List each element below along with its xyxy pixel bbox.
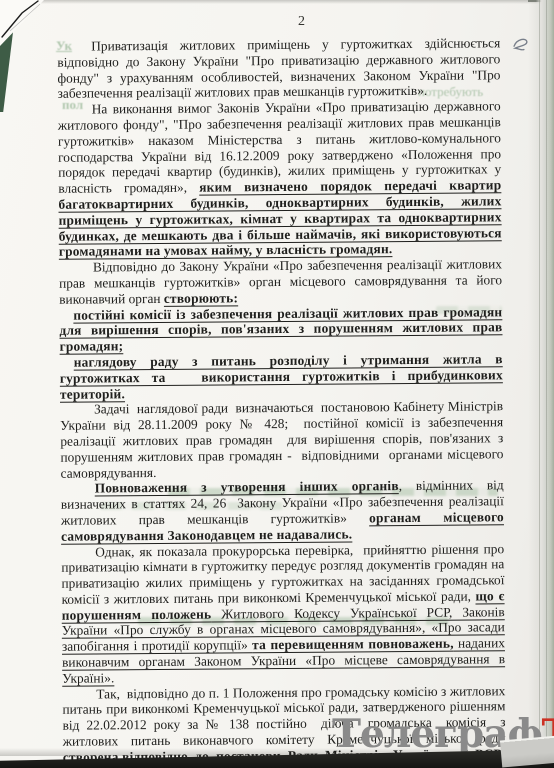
text-run-bold-underline: наглядову раду з питань розподілу і утри… xyxy=(60,351,503,401)
paragraph: Повноваження з утворення інших органів, … xyxy=(61,478,504,545)
text-run-bold-underline: створюють: xyxy=(164,290,238,306)
paragraph: наглядову раду з питань розподілу і утри… xyxy=(60,351,503,402)
paper-crease xyxy=(539,0,540,768)
paragraph: Однак, як показала прокурорська перевірк… xyxy=(61,541,505,687)
corner-crease-mark xyxy=(0,0,60,60)
paragraph: постійні комісії із забезпечення реаліза… xyxy=(59,304,502,355)
text-run: Задачі наглядової ради визначаються пост… xyxy=(60,399,503,481)
handwritten-mark xyxy=(512,34,530,56)
paper-crease xyxy=(546,0,547,768)
text-run: Відповідно до Закону України «Про забезп… xyxy=(59,256,502,306)
paragraph: Задачі наглядової ради визначаються пост… xyxy=(60,399,504,481)
document-text-column: Приватизація житлових приміщень у гуртож… xyxy=(57,35,506,765)
text-run-bold-underline: Повноваження з утворення інших органів xyxy=(95,478,399,495)
text-run-bold-underline: та перевищенням повноважень, xyxy=(252,636,454,653)
text-run: Однак, як показала прокурорська перевірк… xyxy=(61,541,504,607)
page-number: 2 xyxy=(298,14,305,30)
page-right-edge-shadow xyxy=(528,0,554,768)
scanned-page: { "page": { "number": "2", "handwritten_… xyxy=(0,0,554,768)
text-run: Приватизація житлових приміщень у гуртож… xyxy=(57,35,500,101)
paragraph: На виконання вимог Законів України «Про … xyxy=(58,98,502,259)
paper-corner-piece xyxy=(500,736,554,768)
paragraph: Відповідно до Закону України «Про забезп… xyxy=(59,256,502,307)
paragraph: Приватизація житлових приміщень у гуртож… xyxy=(57,35,500,102)
scan-top-edge xyxy=(0,0,554,4)
text-run-bold-underline: постійні комісії із забезпечення реаліза… xyxy=(59,304,502,354)
